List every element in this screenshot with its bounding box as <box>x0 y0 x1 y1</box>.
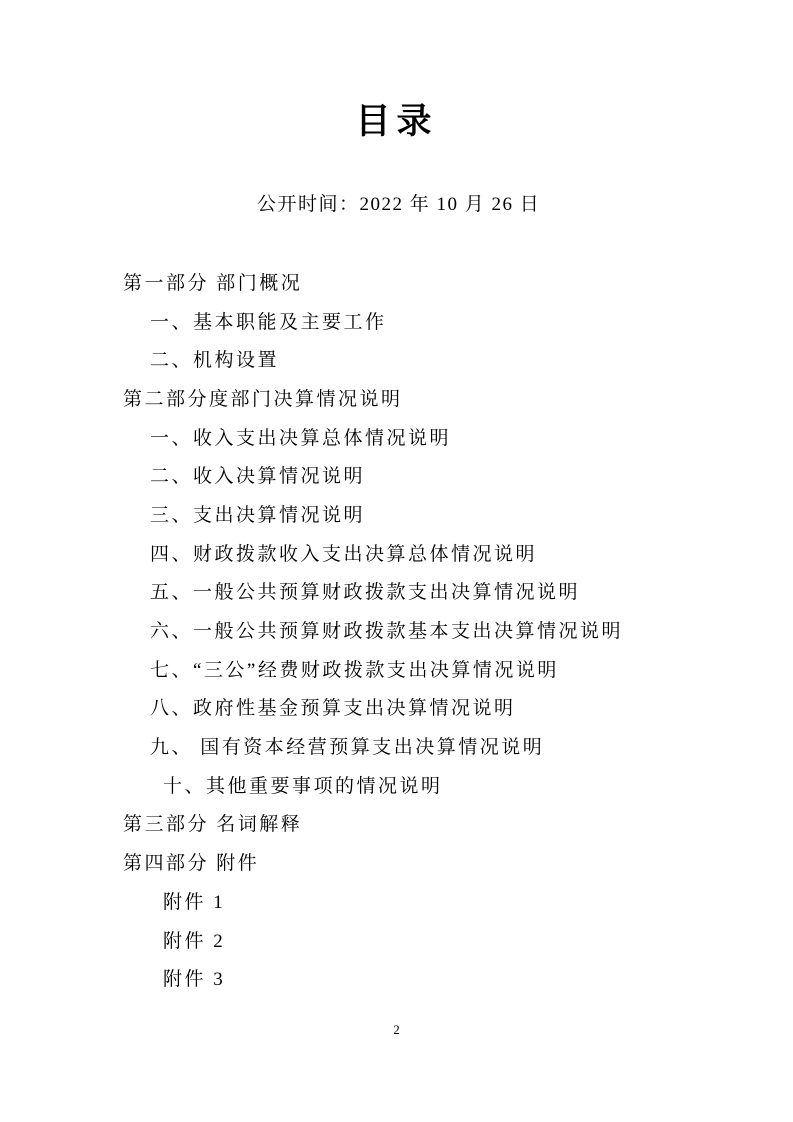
toc-entry-part1: 第一部分 部门概况 <box>123 262 733 301</box>
document-page: 目录 公开时间：2022 年 10 月 26 日 第一部分 部门概况 一、基本职… <box>0 0 793 1122</box>
toc-entry-part2-item3: 三、支出决算情况说明 <box>123 494 733 533</box>
toc-entry-part2-item1: 一、收入支出决算总体情况说明 <box>123 417 733 456</box>
toc-entry-part2-item4: 四、财政拨款收入支出决算总体情况说明 <box>123 533 733 572</box>
toc-entry-part2-item7: 七、“三公”经费财政拨款支出决算情况说明 <box>123 649 733 688</box>
toc-entry-part2-item6: 六、一般公共预算财政拨款基本支出决算情况说明 <box>123 610 733 649</box>
toc-entry-part2-item5: 五、一般公共预算财政拨款支出决算情况说明 <box>123 572 733 611</box>
page-number: 2 <box>0 1022 793 1038</box>
toc-entry-part4: 第四部分 附件 <box>123 842 733 881</box>
toc-entry-part2: 第二部分度部门决算情况说明 <box>123 378 733 417</box>
toc-entry-part2-item2: 二、收入决算情况说明 <box>123 455 733 494</box>
table-of-contents: 第一部分 部门概况 一、基本职能及主要工作 二、机构设置 第二部分度部门决算情况… <box>123 262 733 997</box>
toc-entry-part3: 第三部分 名词解释 <box>123 804 733 843</box>
publish-time: 公开时间：2022 年 10 月 26 日 <box>257 189 540 216</box>
toc-entry-attachment-2: 附件 2 <box>123 920 733 959</box>
toc-entry-part1-item2: 二、机构设置 <box>123 339 733 378</box>
toc-entry-part2-item10: 十、其他重要事项的情况说明 <box>123 765 733 804</box>
toc-entry-attachment-1: 附件 1 <box>123 881 733 920</box>
page-title: 目录 <box>0 94 793 144</box>
toc-entry-part2-item9: 九、 国有资本经营预算支出决算情况说明 <box>123 726 733 765</box>
toc-entry-attachment-3: 附件 3 <box>123 958 733 997</box>
toc-entry-part1-item1: 一、基本职能及主要工作 <box>123 301 733 340</box>
toc-entry-part2-item8: 八、政府性基金预算支出决算情况说明 <box>123 688 733 727</box>
